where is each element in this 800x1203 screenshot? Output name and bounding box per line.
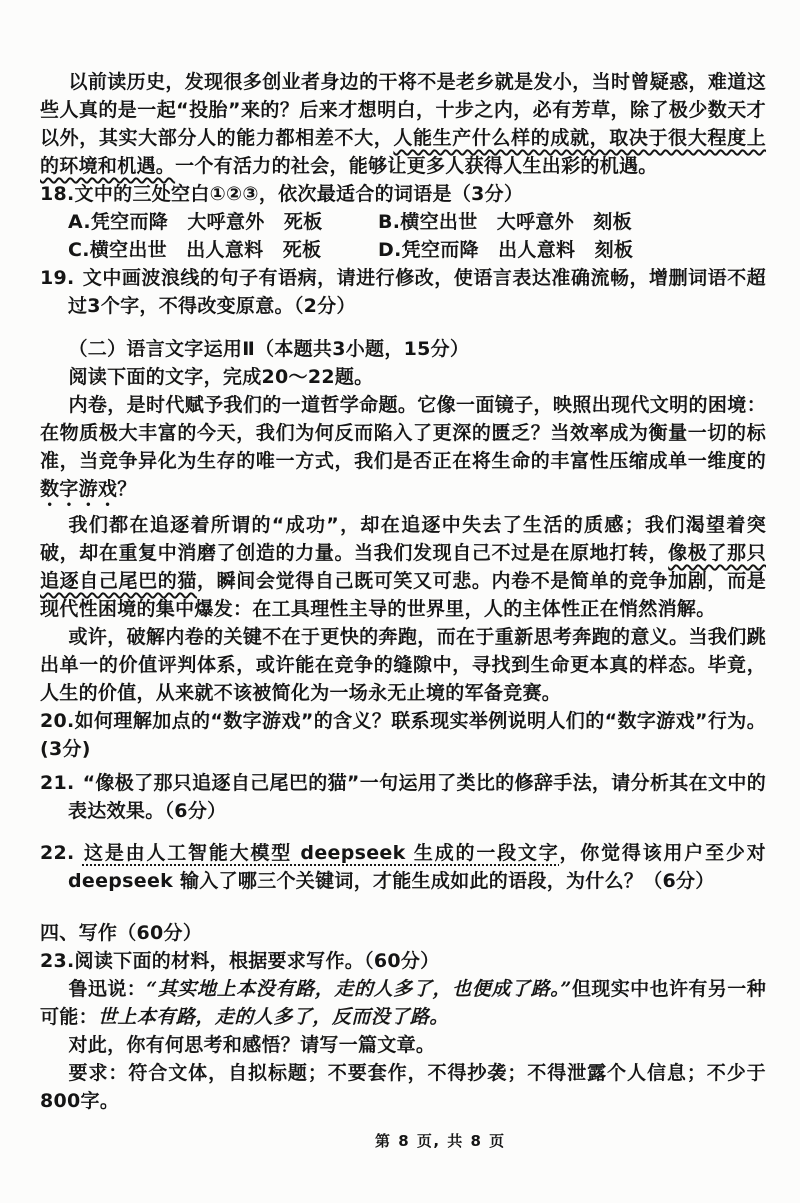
section2-instruction: 阅读下面的文字，完成20～22题。: [40, 363, 766, 391]
q18-option-b: B.横空出世 大呼意外 刻板: [378, 208, 766, 236]
q21-text: “像极了那只追逐自己尾巴的猫”一句运用了类比的修辞手法，请分析其在文中的表达效果…: [68, 772, 766, 822]
q19-text: 文中画波浪线的句子有语病，请进行修改，使语言表达准确流畅，增删词语不超过3个字，…: [68, 267, 766, 317]
passage2-paragraph-2: 我们都在追逐着所谓的“成功”，却在追逐中失去了生活的质感；我们渴望着突破，却在重…: [40, 511, 766, 623]
material-intro: 鲁迅说：: [69, 978, 147, 1000]
section2-heading: （二）语言文字运用Ⅱ（本题共3小题，15分）: [40, 335, 766, 363]
question18-stem: 18.文中的三处空白①②③，依次最适合的词语是（3分）: [40, 180, 766, 208]
question21: 21.“像极了那只追逐自己尾巴的猫”一句运用了类比的修辞手法，请分析其在文中的表…: [40, 769, 766, 825]
q18-options-row-2: C.横空出世 出人意料 死板 D.凭空而降 出人意料 刻板: [40, 236, 766, 264]
q18-option-c: C.横空出世 出人意料 死板: [68, 236, 378, 264]
luxun-quote: “其实地上本没有路，走的人多了，也便成了路。”: [146, 978, 572, 1000]
page-content: 以前读历史，发现很多创业者身边的干将不是老乡就是发小，当时曾疑惑，难道这些人真的…: [0, 0, 800, 1115]
passage2-paragraph-3: 或许，破解内卷的关键不在于更快的奔跑，而在于重新思考奔跑的意义。当我们跳出单一的…: [40, 623, 766, 707]
q18-options-row-1: A.凭空而降 大呼意外 死板 B.横空出世 大呼意外 刻板: [40, 208, 766, 236]
page-footer: 第 8 页, 共 8 页: [375, 1130, 506, 1151]
q21-number: 21.: [40, 772, 75, 794]
material-counter: 世上本有路，走的人多了，反而没了路。: [98, 1006, 449, 1028]
q18-option-a: A.凭空而降 大呼意外 死板: [68, 208, 378, 236]
q23-material: 鲁迅说：“其实地上本没有路，走的人多了，也便成了路。”但现实中也许有另一种可能：…: [40, 975, 766, 1031]
q23-prompt: 对此，你有何思考和感悟？请写一篇文章。: [40, 1031, 766, 1059]
q22-number: 22.: [40, 842, 75, 864]
passage2-p1-text-b: ？: [117, 478, 136, 500]
passage1-text-b: 一个有活力的社会，能够让更多人获得人生出彩的机遇。: [175, 155, 658, 177]
q19-number: 19.: [40, 267, 75, 289]
exam-page: 以前读历史，发现很多创业者身边的干将不是老乡就是发小，当时曾疑惑，难道这些人真的…: [0, 0, 800, 1203]
passage1-paragraph: 以前读历史，发现很多创业者身边的干将不是老乡就是发小，当时曾疑惑，难道这些人真的…: [40, 68, 766, 180]
passage2-paragraph-1: 内卷，是时代赋予我们的一道哲学命题。它像一面镜子，映照出现代文明的困境：在物质极…: [40, 391, 766, 511]
question19: 19.文中画波浪线的句子有语病，请进行修改，使语言表达准确流畅，增删词语不超过3…: [40, 264, 766, 320]
q18-option-d: D.凭空而降 出人意料 刻板: [378, 236, 766, 264]
q23-requirements: 要求：符合文体，自拟标题；不要套作，不得抄袭；不得泄露个人信息；不少于800字。: [40, 1059, 766, 1115]
section4-heading: 四、写作（60分）: [40, 919, 766, 947]
question20: 20.如何理解加点的“数字游戏”的含义？联系现实举例说明人们的“数字游戏”行为。…: [40, 707, 766, 763]
passage2-p1-text-a: 内卷，是时代赋予我们的一道哲学命题。它像一面镜子，映照出现代文明的困境：在物质极…: [40, 394, 766, 472]
emphasized-term: 数字游戏: [40, 478, 117, 500]
passage2-p2-text-a: 我们都在追逐着所谓的“成功”，却在追逐中失去了生活的质感；我们渴望着突破，却在重…: [40, 514, 766, 564]
question22: 22.这是由人工智能大模型 deepseek 生成的一段文字，你觉得该用户至少对…: [40, 839, 766, 895]
question23-stem: 23.阅读下面的材料，根据要求写作。（60分）: [40, 947, 766, 975]
q22-underlined-text: 这是由人工智能大模型 deepseek 生成的一段文字: [83, 842, 560, 864]
